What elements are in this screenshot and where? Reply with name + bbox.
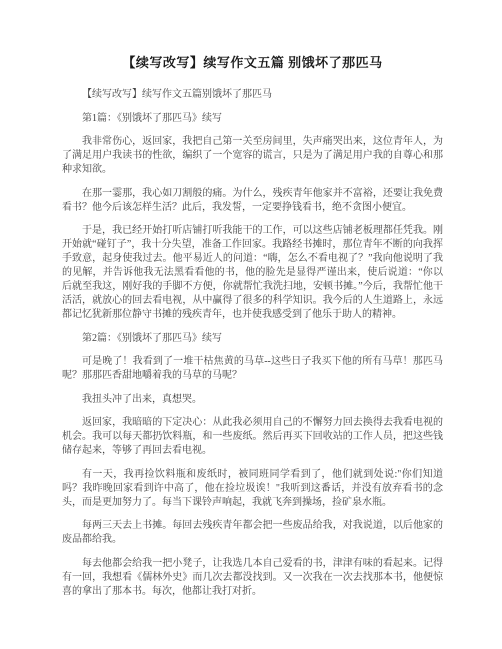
document-title: 【续写改写】续写作文五篇 别饿坏了那匹马: [62, 54, 443, 71]
section-2-paragraph-2: 我扭头冲了出来，真想哭。: [62, 393, 443, 407]
section-1-heading: 第1篇：《别饿坏了那匹马》续写: [62, 112, 443, 126]
section-1-paragraph-1: 我非常伤心，返回家，我把自己第一关至房间里，失声痛哭出来，这位青年人，为了满足用…: [62, 135, 443, 177]
section-2-paragraph-5: 每两三天去上书摊。每回去残疾青年都会把一些废品给我，对我说道，以后他家的废品都给…: [62, 519, 443, 547]
section-2-paragraph-3: 返回家，我暗暗的下定决心：从此我必须用自己的不懈努力回去换得去我看电视的机会。我…: [62, 416, 443, 458]
document-page: 【续写改写】续写作文五篇 别饿坏了那匹马 【续写改写】续写作文五篇别饿坏了那匹马…: [0, 0, 502, 649]
section-2-paragraph-6: 每去他都会给我一把小凳子，让我选几本自己爱看的书，津津有味的看起来。记得有一回，…: [62, 557, 443, 599]
section-1-paragraph-3: 于是，我已经开始打听店铺打听我能干的工作，可以这些店铺老板理都任凭我。刚开始就“…: [62, 224, 443, 322]
section-2-paragraph-4: 有一天，我再捡饮料瓶和废纸时，被同班同学看到了，他们就到处说:"你们知道吗？我昨…: [62, 468, 443, 510]
section-2-paragraph-1: 可是晚了！我看到了一堆干枯焦黄的马草--这些日子我买下他的所有马草！那匹马呢？那…: [62, 355, 443, 383]
section-2-heading: 第2篇：《别饿坏了那匹马》续写: [62, 332, 443, 346]
document-subtitle: 【续写改写】续写作文五篇别饿坏了那匹马: [62, 88, 443, 102]
section-1-paragraph-2: 在那一霎那，我心如刀割般的痛。为什么，残疾青年他家并不富裕，还要让我免费看书？他…: [62, 187, 443, 215]
